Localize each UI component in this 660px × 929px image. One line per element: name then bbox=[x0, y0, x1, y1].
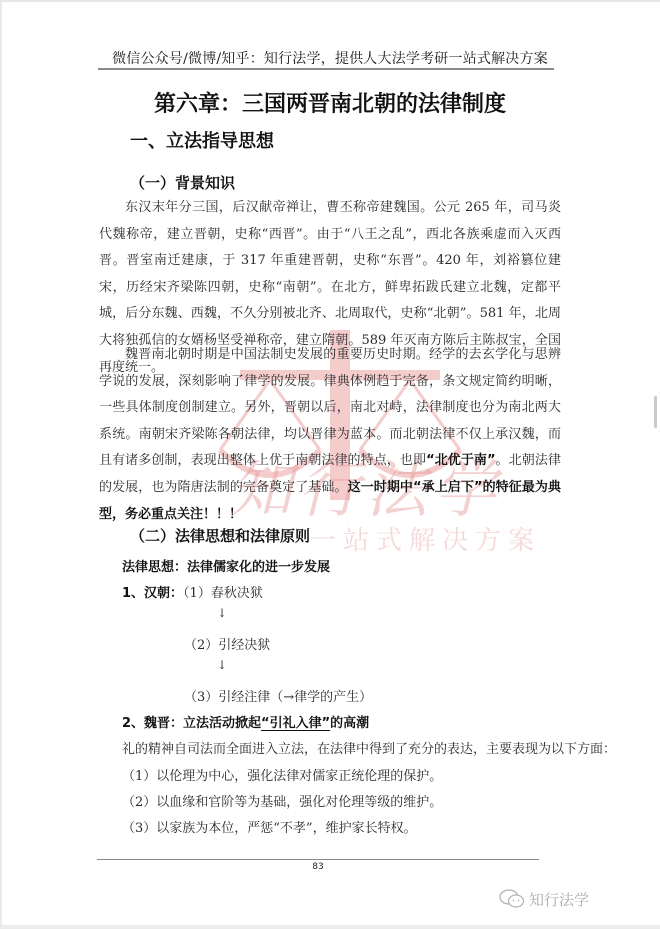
legal-thought-label: 法律思想：法律儒家化的进一步发展 bbox=[122, 560, 330, 575]
han-label: 1、汉朝： bbox=[122, 586, 183, 601]
han-step-1: （1）春秋决狱 bbox=[183, 586, 263, 601]
weijin-point-3: （3）以家族为本位，严惩“不孝”，维护家长特权。 bbox=[122, 817, 417, 836]
paragraph-text: 魏晋南北朝时期是中国法制史发展的重要历史时期。经学的去玄学化与思辨学说的发展，深… bbox=[99, 347, 561, 468]
wechat-account-watermark: 知行法学 bbox=[499, 888, 589, 910]
weijin-label-end: 的高潮 bbox=[330, 716, 369, 731]
weijin-heading: 2、魏晋：立法活动掀起“引礼入律”的高潮 bbox=[122, 712, 369, 731]
subsection-heading-background: （一）背景知识 bbox=[130, 172, 235, 193]
han-step-3: （3）引经注律（→律学的产生） bbox=[184, 686, 372, 705]
legal-thought-heading: 法律思想：法律儒家化的进一步发展 bbox=[122, 556, 330, 575]
weijin-underlined-term: “引礼入律” bbox=[261, 716, 330, 731]
down-arrow-icon: ↓ bbox=[217, 658, 227, 672]
weijin-point-1: （1）以伦理为中心，强化法律对儒家正统伦理的保护。 bbox=[122, 765, 442, 784]
page-header: 微信公众号/微博/知乎：知行法学，提供人大法学考研一站式解决方案 bbox=[0, 48, 660, 68]
section-heading-legislative-guidance: 一、立法指导思想 bbox=[130, 127, 274, 153]
subsection-heading-legal-thought: （二）法律思想和法律原则 bbox=[130, 525, 310, 546]
header-divider bbox=[98, 68, 554, 70]
scrollbar-thumb[interactable] bbox=[654, 396, 657, 428]
han-dynasty-row: 1、汉朝：（1）春秋决狱 bbox=[122, 582, 263, 601]
han-step-2: （2）引经决狱 bbox=[184, 634, 270, 653]
weijin-intro: 礼的精神自司法而全面进入立法，在法律中得到了充分的表达，主要表现为以下方面： bbox=[122, 738, 616, 757]
wechat-icon bbox=[499, 888, 525, 910]
account-name: 知行法学 bbox=[529, 889, 589, 910]
down-arrow-icon: ↓ bbox=[217, 606, 227, 620]
paragraph-legal-significance: 魏晋南北朝时期是中国法制史发展的重要历史时期。经学的去玄学化与思辨学说的发展，深… bbox=[99, 342, 561, 528]
emphasis-north-better: “北优于南” bbox=[426, 453, 496, 468]
weijin-label: 2、魏晋：立法活动掀起 bbox=[122, 716, 261, 731]
footer-divider bbox=[97, 859, 539, 860]
page-number: 83 bbox=[0, 862, 636, 872]
chapter-title: 第六章：三国两晋南北朝的法律制度 bbox=[0, 87, 660, 118]
weijin-point-2: （2）以血缘和官阶等为基础，强化对伦理等级的维护。 bbox=[122, 791, 442, 810]
